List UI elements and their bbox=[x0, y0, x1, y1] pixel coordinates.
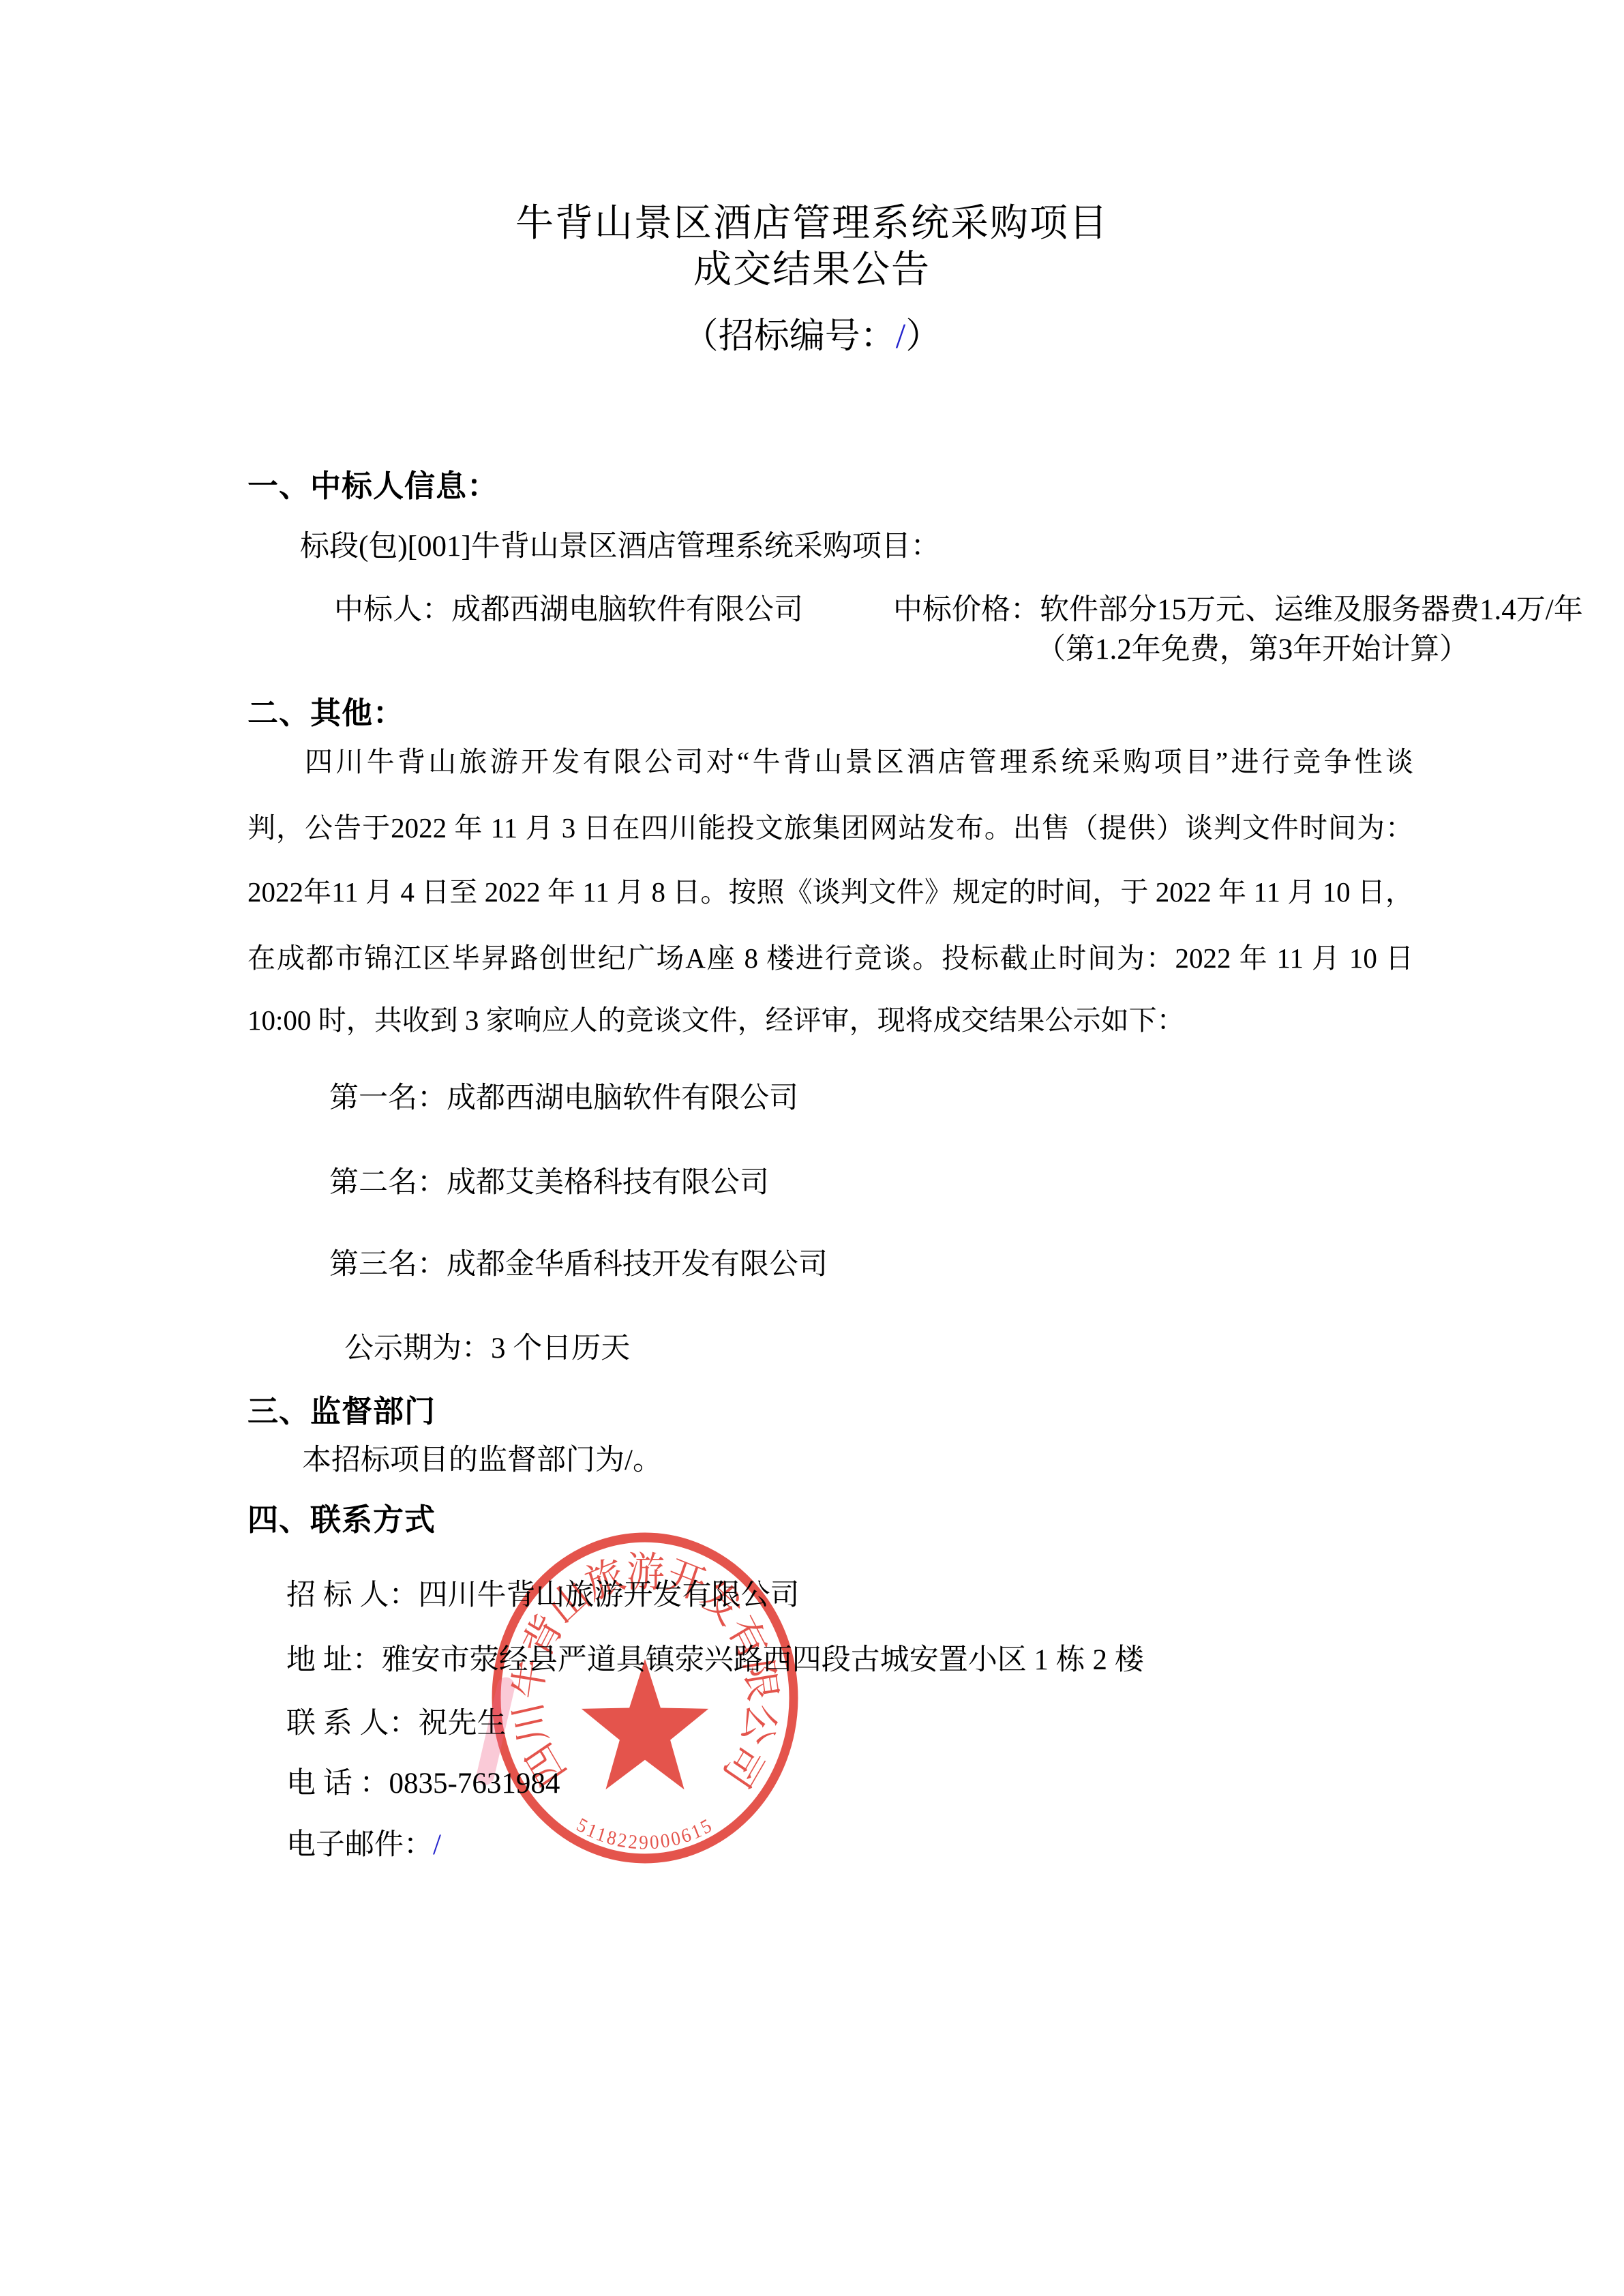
section4-heading: 四、联系方式 bbox=[247, 1502, 436, 1538]
supervision-body: 本招标项目的监督部门为/。 bbox=[302, 1443, 662, 1478]
section2-heading: 二、其他： bbox=[247, 695, 404, 732]
document-page: 牛背山景区酒店管理系统采购项目 成交结果公告 （招标编号：/） 一、中标人信息：… bbox=[0, 0, 1624, 2296]
lot-line: 标段(包)[001]牛背山景区酒店管理系统采购项目： bbox=[300, 529, 940, 565]
tender-number-line: （招标编号：/） bbox=[0, 316, 1624, 358]
price-note: （第1.2年免费，第3年开始计算） bbox=[1036, 632, 1469, 668]
contact-person: 联 系 人：祝先生 bbox=[286, 1706, 507, 1742]
seal-star-icon bbox=[582, 1659, 708, 1789]
section1-heading: 一、中标人信息： bbox=[247, 468, 498, 505]
contact-email: 电子邮件：/ bbox=[286, 1828, 441, 1863]
winner-line: 中标人：成都西湖电脑软件有限公司 bbox=[334, 593, 803, 628]
paragraph-line-3: 2022年11 月 4 日至 2022 年 11 月 8 日。按照《谈判文件》规… bbox=[247, 876, 1413, 909]
rank-3: 第三名：成都金华盾科技开发有限公司 bbox=[329, 1247, 828, 1283]
contact-phone-label: 电 话 ： bbox=[286, 1768, 389, 1800]
paragraph-line-5: 10:00 时，共收到 3 家响应人的竞谈文件，经评审，现将成交结果公示如下： bbox=[247, 1004, 1413, 1037]
company-seal: 四川牛背山旅游开发有限公司 5118229000615 bbox=[475, 1512, 815, 1884]
publicity-period: 公示期为：3 个日历天 bbox=[344, 1331, 630, 1367]
paragraph-line-1: 四川牛背山旅游开发有限公司对“牛背山景区酒店管理系统采购项目”进行竞争性谈 bbox=[247, 745, 1413, 779]
contact-email-label: 电子邮件： bbox=[286, 1829, 433, 1861]
contact-tenderee-label: 招 标 人： bbox=[286, 1579, 419, 1611]
page-title-line1: 牛背山景区酒店管理系统采购项目 bbox=[0, 201, 1624, 247]
winner-value: 成都西湖电脑软件有限公司 bbox=[451, 594, 803, 626]
winner-label: 中标人： bbox=[334, 594, 451, 626]
tender-number-prefix: （招标编号： bbox=[683, 317, 896, 356]
rank-2: 第二名：成都艾美格科技有限公司 bbox=[329, 1165, 769, 1201]
tender-number-value: / bbox=[896, 317, 905, 356]
contact-email-value: / bbox=[433, 1829, 441, 1861]
tender-number-suffix: ） bbox=[905, 317, 941, 356]
rank-1: 第一名：成都西湖电脑软件有限公司 bbox=[329, 1081, 798, 1116]
price-value: 软件部分15万元、运维及服务器费1.4万/年 bbox=[1040, 594, 1583, 626]
price-label: 中标价格： bbox=[893, 594, 1040, 626]
contact-person-label: 联 系 人： bbox=[286, 1708, 419, 1740]
price-line: 中标价格：软件部分15万元、运维及服务器费1.4万/年 bbox=[893, 593, 1583, 628]
contact-address-label: 地 址： bbox=[286, 1644, 382, 1676]
paragraph-line-4: 在成都市锦江区毕昇路创世纪广场A座 8 楼进行竞谈。投标截止时间为：2022 年… bbox=[247, 942, 1413, 975]
section3-heading: 三、监督部门 bbox=[247, 1393, 436, 1430]
paragraph-line-2: 判，公告于2022 年 11 月 3 日在四川能投文旅集团网站发布。出售（提供）… bbox=[247, 811, 1413, 845]
page-title-line2: 成交结果公告 bbox=[0, 248, 1624, 293]
